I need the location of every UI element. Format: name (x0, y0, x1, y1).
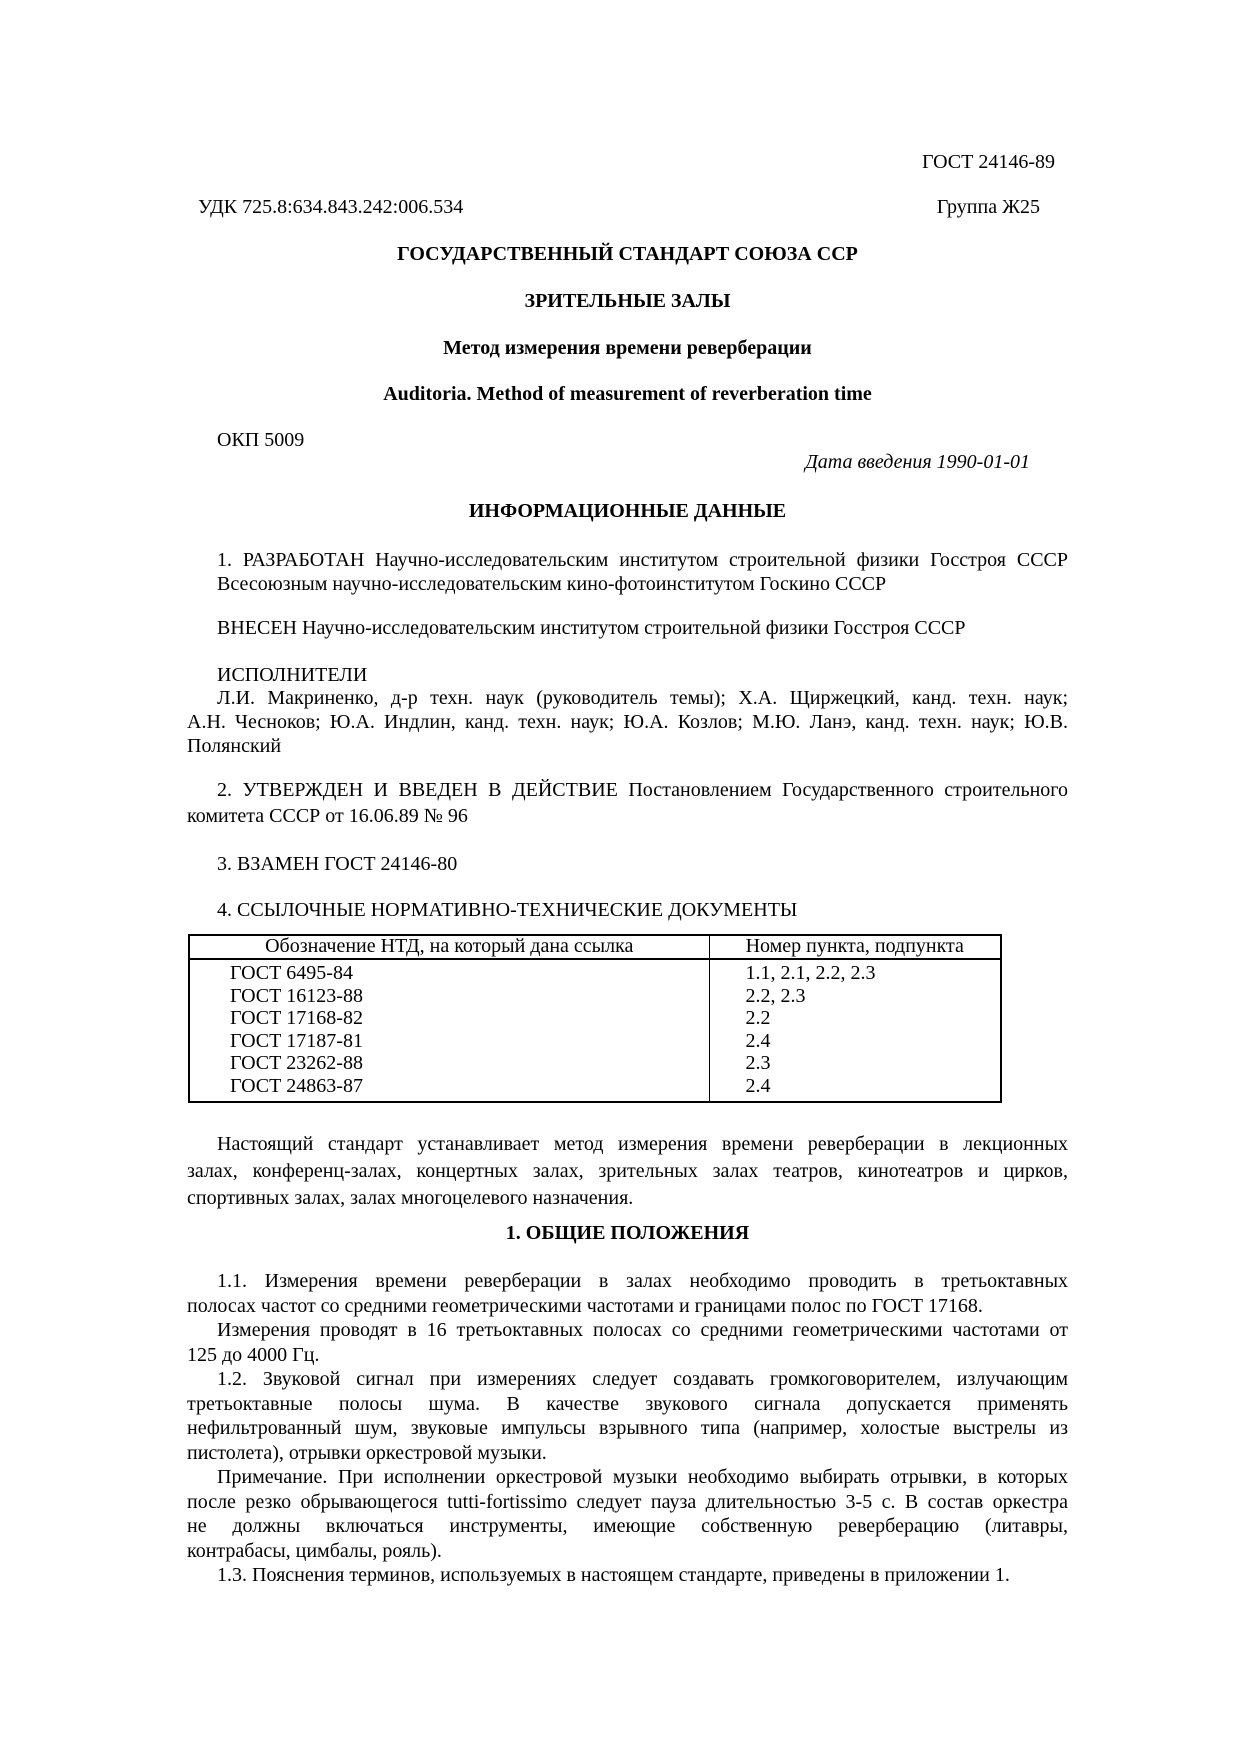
doc-number: ГОСТ 24146-89 (187, 150, 1068, 175)
info-data-heading: ИНФОРМАЦИОННЫЕ ДАННЫЕ (187, 499, 1068, 524)
table-row: ГОСТ 16123-88 2.2, 2.3 (189, 985, 1001, 1008)
ntd-cell: ГОСТ 16123-88 (189, 985, 709, 1008)
body-line: 1.1. Измерения времени реверберации в за… (187, 1269, 1068, 1294)
executors-line: Полянский (187, 734, 1068, 759)
method-title: Метод измерения времени реверберации (187, 336, 1068, 361)
introduction-date: Дата введения 1990-01-01 (187, 450, 1068, 475)
ntd-cell: ГОСТ 23262-88 (189, 1052, 709, 1075)
body-line: 1.2. Звуковой сигнал при измерениях след… (187, 1367, 1068, 1392)
body-line: полосах частот со средними геометрически… (187, 1294, 1068, 1319)
table-col-header: Номер пункта, подпункта (709, 935, 1001, 959)
body-line: третьоктавные полосы шума. В качестве зв… (187, 1392, 1068, 1417)
approved-line: 2. УТВЕРЖДЕН И ВВЕДЕН В ДЕЙСТВИЕ Постано… (187, 778, 1068, 803)
developed-line: 1. РАЗРАБОТАН Научно-исследовательским и… (187, 548, 1068, 573)
items-cell: 2.2, 2.3 (709, 985, 1001, 1008)
items-cell: 1.1, 2.1, 2.2, 2.3 (709, 959, 1001, 985)
table-row: ГОСТ 6495-84 1.1, 2.1, 2.2, 2.3 (189, 959, 1001, 985)
scope-line: залах, конференц-залах, концертных залах… (187, 1159, 1068, 1184)
body-line: 125 до 4000 Гц. (187, 1343, 1068, 1368)
items-cell: 2.4 (709, 1075, 1001, 1103)
submitted-line: ВНЕСЕН Научно-исследовательским институт… (187, 616, 1068, 641)
executors-heading: ИСПОЛНИТЕЛИ (187, 663, 1068, 688)
scope-line: спортивных залах, залах многоцелевого на… (187, 1186, 1068, 1211)
body-line: не должны включаться инструменты, имеющи… (187, 1514, 1068, 1539)
document-page: ГОСТ 24146-89 УДК 725.8:634.843.242:006.… (0, 0, 1240, 1755)
table-col-header: Обозначение НТД, на который дана ссылка (189, 935, 709, 959)
table-row: ГОСТ 24863-87 2.4 (189, 1075, 1001, 1103)
table-row: ГОСТ 17168-82 2.2 (189, 1007, 1001, 1030)
ntd-cell: ГОСТ 17187-81 (189, 1030, 709, 1053)
ntd-cell: ГОСТ 17168-82 (189, 1007, 709, 1030)
body-line: Измерения проводят в 16 третьоктавных по… (187, 1318, 1068, 1343)
table-row: ГОСТ 23262-88 2.3 (189, 1052, 1001, 1075)
replaces-line: 3. ВЗАМЕН ГОСТ 24146-80 (187, 852, 1068, 877)
executors-line: А.Н. Чесноков; Ю.А. Индлин, канд. техн. … (187, 710, 1068, 735)
approved-line: комитета СССР от 16.06.89 № 96 (187, 804, 1068, 829)
scope-line: Настоящий стандарт устанавливает метод и… (187, 1132, 1068, 1157)
items-cell: 2.4 (709, 1030, 1001, 1053)
table-row: ГОСТ 17187-81 2.4 (189, 1030, 1001, 1053)
body-line: 1.3. Пояснения терминов, используемых в … (187, 1563, 1068, 1588)
english-title: Auditoria. Method of measurement of reve… (187, 382, 1068, 407)
items-cell: 2.2 (709, 1007, 1001, 1030)
section1-heading: 1. ОБЩИЕ ПОЛОЖЕНИЯ (187, 1221, 1068, 1246)
standard-title: ГОСУДАРСТВЕННЫЙ СТАНДАРТ СОЮЗА ССР (187, 242, 1068, 267)
executors-line: Л.И. Макриненко, д-р техн. наук (руковод… (187, 686, 1068, 711)
items-cell: 2.3 (709, 1052, 1001, 1075)
references-table: Обозначение НТД, на который дана ссылка … (188, 934, 1002, 1103)
table-header-row: Обозначение НТД, на который дана ссылка … (189, 935, 1001, 959)
body-line: после резко обрывающегося tutti-fortissi… (187, 1490, 1068, 1515)
ntd-cell: ГОСТ 6495-84 (189, 959, 709, 985)
body-line: нефильтрованный шум, звуковые импульсы в… (187, 1416, 1068, 1441)
body-line: контрабасы, цимбалы, рояль). (187, 1539, 1068, 1564)
body-line: пистолета), отрывки оркестровой музыки. (187, 1441, 1068, 1466)
ntd-cell: ГОСТ 24863-87 (189, 1075, 709, 1103)
developed-line: Всесоюзным научно-исследовательским кино… (187, 572, 1068, 597)
subject-title: ЗРИТЕЛЬНЫЕ ЗАЛЫ (187, 289, 1068, 314)
body-line: Примечание. При исполнении оркестровой м… (187, 1465, 1068, 1490)
group-code: Группа Ж25 (187, 195, 1068, 220)
references-heading: 4. ССЫЛОЧНЫЕ НОРМАТИВНО-ТЕХНИЧЕСКИЕ ДОКУ… (187, 898, 1068, 923)
